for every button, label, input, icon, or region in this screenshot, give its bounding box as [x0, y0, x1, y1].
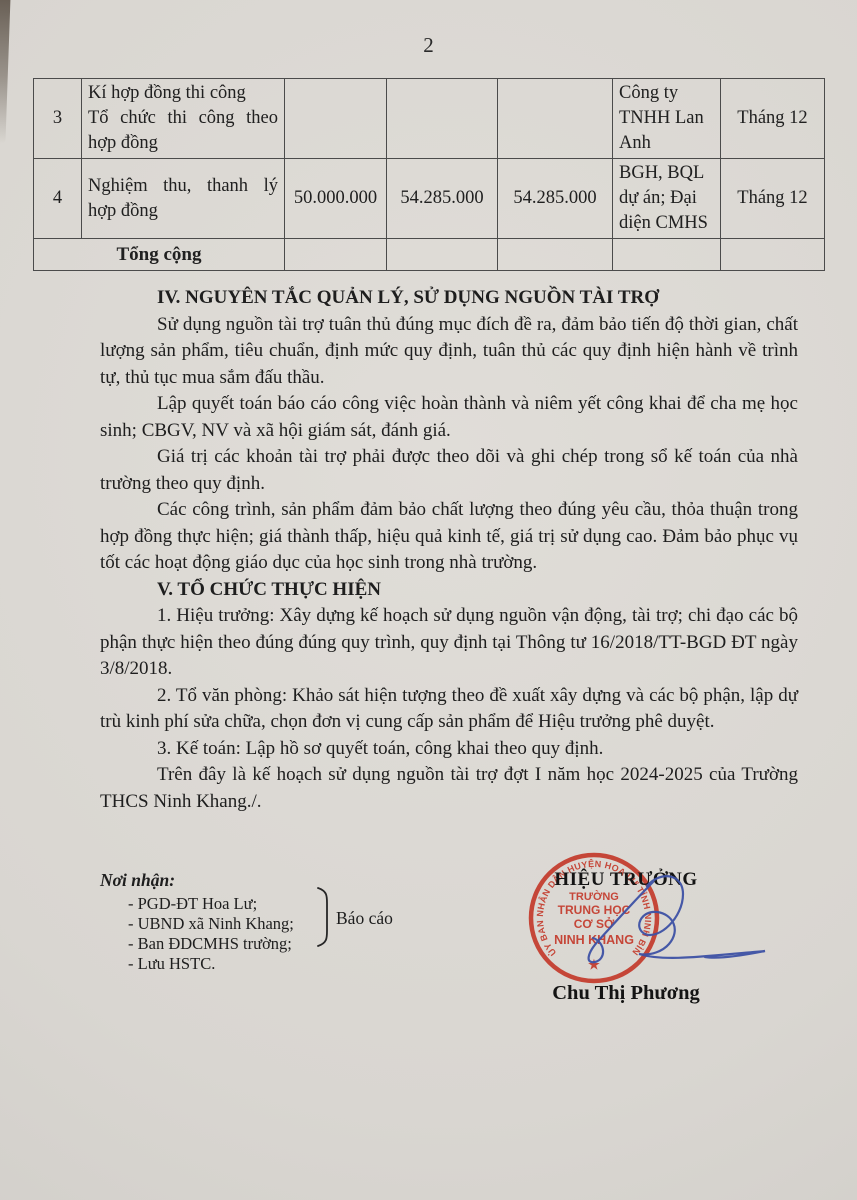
row-number-cell: 3 [34, 79, 82, 159]
grouping-bracket [315, 886, 331, 948]
handwritten-signature [535, 866, 785, 981]
section-5-heading: V. TỔ CHỨC THỰC HIỆN [100, 577, 798, 604]
signature-stroke [639, 876, 765, 958]
recipient-item: - PGD-ĐT Hoa Lư; [128, 894, 294, 914]
row-number-cell: 4 [34, 159, 82, 239]
signer-name: Chu Thị Phương [535, 982, 717, 1005]
amount-cell [387, 79, 498, 159]
table-total-row: Tổng cộng [34, 239, 825, 271]
amount-cell [498, 79, 613, 159]
paragraph: Lập quyết toán báo cáo công việc hoàn th… [100, 391, 798, 444]
recipient-item: - UBND xã Ninh Khang; [128, 914, 294, 934]
organizer-cell: Công ty TNHH Lan Anh [613, 79, 721, 159]
numbered-item: 3. Kế toán: Lập hồ sơ quyết toán, công k… [100, 736, 798, 763]
recipients-heading: Nơi nhận: [100, 870, 294, 891]
recipient-item: - Lưu HSTC. [128, 954, 294, 974]
section-4-heading: IV. NGUYÊN TẮC QUẢN LÝ, SỬ DỤNG NGUỒN TÀ… [100, 285, 798, 312]
amount-cell: 50.000.000 [285, 159, 387, 239]
numbered-item: 1. Hiệu trưởng: Xây dựng kế hoạch sử dụn… [100, 603, 798, 683]
task-description-cell: Kí hợp đồng thi công Tổ chức thi công th… [82, 79, 285, 159]
month-cell: Tháng 12 [721, 79, 825, 159]
signature-stroke [589, 882, 653, 962]
recipient-item: - Ban ĐDCMHS trường; [128, 934, 294, 954]
empty-cell [498, 239, 613, 271]
month-cell: Tháng 12 [721, 159, 825, 239]
numbered-item: 2. Tổ văn phòng: Khảo sát hiện tượng the… [100, 683, 798, 736]
recipients-block: Nơi nhận: - PGD-ĐT Hoa Lư; - UBND xã Nin… [100, 870, 294, 974]
empty-cell [285, 239, 387, 271]
report-note: Báo cáo [336, 908, 393, 929]
paragraph: Giá trị các khoản tài trợ phải được theo… [100, 444, 798, 497]
total-label-cell: Tổng cộng [34, 239, 285, 271]
scanned-document-page: 2 3 Kí hợp đồng thi công Tổ chức thi côn… [0, 0, 857, 1200]
task-description-cell: Nghiệm thu, thanh lý hợp đồng [82, 159, 285, 239]
empty-cell [387, 239, 498, 271]
table-row: 4 Nghiệm thu, thanh lý hợp đồng 50.000.0… [34, 159, 825, 239]
organizer-cell: BGH, BQL dự án; Đại diện CMHS [613, 159, 721, 239]
paragraph: Các công trình, sản phẩm đảm bảo chất lư… [100, 497, 798, 577]
page-number: 2 [0, 33, 857, 58]
amount-cell: 54.285.000 [498, 159, 613, 239]
recipients-list: - PGD-ĐT Hoa Lư; - UBND xã Ninh Khang; -… [128, 894, 294, 974]
funding-plan-table: 3 Kí hợp đồng thi công Tổ chức thi công … [33, 78, 825, 271]
table-row: 3 Kí hợp đồng thi công Tổ chức thi công … [34, 79, 825, 159]
document-body: IV. NGUYÊN TẮC QUẢN LÝ, SỬ DỤNG NGUỒN TÀ… [100, 285, 798, 815]
closing-paragraph: Trên đây là kế hoạch sử dụng nguồn tài t… [100, 762, 798, 815]
empty-cell [613, 239, 721, 271]
scan-edge-artifact [0, 0, 11, 144]
empty-cell [721, 239, 825, 271]
paragraph: Sử dụng nguồn tài trợ tuân thủ đúng mục … [100, 312, 798, 392]
amount-cell: 54.285.000 [387, 159, 498, 239]
amount-cell [285, 79, 387, 159]
